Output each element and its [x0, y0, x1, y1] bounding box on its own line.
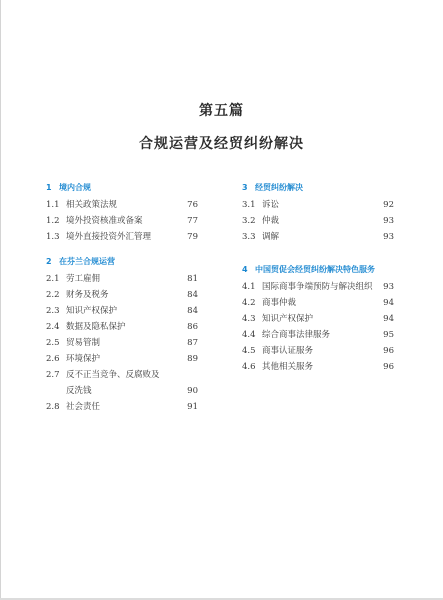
entry-page: 93 [383, 213, 394, 229]
section-heading[interactable]: 2在芬兰合规运营 [46, 254, 198, 270]
toc-entry[interactable]: 3.1诉讼92 [242, 197, 394, 213]
entry-page: 79 [187, 229, 198, 245]
entry-label: 相关政策法规 [66, 197, 117, 213]
entry-label: 社会责任 [66, 399, 100, 415]
entry-page: 84 [187, 287, 198, 303]
entry-label: 综合商事法律服务 [262, 327, 330, 343]
entry-code: 4.2 [242, 295, 262, 311]
entry-label: 知识产权保护 [262, 311, 313, 327]
entry-page: 86 [187, 319, 198, 335]
entry-code: 2.6 [46, 351, 66, 367]
entry-label: 境外投资核准或备案 [66, 213, 143, 229]
entry-code: 1.1 [46, 197, 66, 213]
entry-label: 国际商事争端预防与解决组织 [262, 279, 373, 295]
toc-entry[interactable]: 4.5商事认证服务96 [242, 343, 394, 359]
entry-label: 知识产权保护 [66, 303, 117, 319]
entry-label: 贸易管制 [66, 335, 100, 351]
entry-page: 93 [383, 279, 394, 295]
entry-label: 诉讼 [262, 197, 279, 213]
section-number: 4 [242, 262, 255, 278]
section-heading[interactable]: 3经贸纠纷解决 [242, 180, 394, 196]
toc-left-column: 1境内合规 1.1相关政策法规76 1.2境外投资核准或备案77 1.3境外直接… [46, 0, 198, 600]
entry-code: 2.3 [46, 303, 66, 319]
entry-code: 3.1 [242, 197, 262, 213]
entry-page: 96 [383, 359, 394, 375]
toc-right-column: 3经贸纠纷解决 3.1诉讼92 3.2仲裁93 3.3调解93 4中国贸促会经贸… [242, 0, 394, 600]
toc-entry[interactable]: 1.3境外直接投资外汇管理79 [46, 229, 198, 245]
toc-entry[interactable]: 2.1劳工雇佣81 [46, 271, 198, 287]
entry-label: 财务及税务 [66, 287, 109, 303]
toc-entry[interactable]: 4.4综合商事法律服务95 [242, 327, 394, 343]
toc-section-3: 3经贸纠纷解决 3.1诉讼92 3.2仲裁93 3.3调解93 [242, 180, 394, 245]
toc-entry[interactable]: 2.2财务及税务84 [46, 287, 198, 303]
entry-label: 境外直接投资外汇管理 [66, 229, 151, 245]
entry-label: 商事仲裁 [262, 295, 296, 311]
entry-label: 反不正当竞争、反腐败及 [66, 367, 160, 383]
entry-code: 2.1 [46, 271, 66, 287]
entry-code: 2.7 [46, 367, 66, 383]
toc-entry[interactable]: 2.3知识产权保护84 [46, 303, 198, 319]
entry-label: 商事认证服务 [262, 343, 313, 359]
toc-entry[interactable]: 1.1相关政策法规76 [46, 197, 198, 213]
section-title: 中国贸促会经贸纠纷解决特色服务 [255, 265, 375, 274]
entry-page: 77 [187, 213, 198, 229]
toc-section-1: 1境内合规 1.1相关政策法规76 1.2境外投资核准或备案77 1.3境外直接… [46, 180, 198, 245]
entry-page: 92 [383, 197, 394, 213]
toc-section-4: 4中国贸促会经贸纠纷解决特色服务 4.1国际商事争端预防与解决组织93 4.2商… [242, 262, 394, 375]
entry-code: 2.2 [46, 287, 66, 303]
entry-code: 1.3 [46, 229, 66, 245]
entry-code: 3.3 [242, 229, 262, 245]
toc-entry[interactable]: 1.2境外投资核准或备案77 [46, 213, 198, 229]
section-number: 1 [46, 180, 59, 196]
entry-label-continuation: 反洗钱 [46, 383, 92, 399]
section-title: 境内合规 [59, 183, 91, 192]
entry-code: 4.6 [242, 359, 262, 375]
toc-entry[interactable]: 4.1国际商事争端预防与解决组织93 [242, 279, 394, 295]
entry-page: 94 [383, 295, 394, 311]
entry-code: 2.4 [46, 319, 66, 335]
entry-page: 95 [383, 327, 394, 343]
toc-entry[interactable]: 2.4数据及隐私保护86 [46, 319, 198, 335]
entry-page: 89 [187, 351, 198, 367]
entry-code: 4.4 [242, 327, 262, 343]
toc-entry[interactable]: 3.3调解93 [242, 229, 394, 245]
toc-section-2: 2在芬兰合规运营 2.1劳工雇佣81 2.2财务及税务84 2.3知识产权保护8… [46, 254, 198, 415]
toc-entry-continuation[interactable]: 反洗钱90 [46, 383, 198, 399]
entry-label: 环境保护 [66, 351, 100, 367]
entry-label: 劳工雇佣 [66, 271, 100, 287]
entry-page: 87 [187, 335, 198, 351]
entry-page: 90 [187, 383, 198, 399]
entry-code: 4.1 [242, 279, 262, 295]
entry-label: 数据及隐私保护 [66, 319, 126, 335]
toc-entry[interactable]: 4.3知识产权保护94 [242, 311, 394, 327]
page-border-left [0, 0, 1, 600]
entry-page: 76 [187, 197, 198, 213]
toc-entry[interactable]: 4.6其他相关服务96 [242, 359, 394, 375]
toc-entry[interactable]: 4.2商事仲裁94 [242, 295, 394, 311]
entry-page: 91 [187, 399, 198, 415]
section-number: 3 [242, 180, 255, 196]
toc-entry[interactable]: 2.7反不正当竞争、反腐败及 [46, 367, 198, 383]
section-title: 经贸纠纷解决 [255, 183, 303, 192]
entry-label: 其他相关服务 [262, 359, 313, 375]
toc-entry[interactable]: 2.6环境保护89 [46, 351, 198, 367]
entry-page: 81 [187, 271, 198, 287]
toc-entry[interactable]: 3.2仲裁93 [242, 213, 394, 229]
entry-code: 3.2 [242, 213, 262, 229]
entry-code: 2.8 [46, 399, 66, 415]
entry-code: 2.5 [46, 335, 66, 351]
entry-label: 仲裁 [262, 213, 279, 229]
section-number: 2 [46, 254, 59, 270]
entry-page: 96 [383, 343, 394, 359]
entry-code: 4.5 [242, 343, 262, 359]
section-title: 在芬兰合规运营 [59, 257, 115, 266]
entry-page: 84 [187, 303, 198, 319]
section-heading[interactable]: 1境内合规 [46, 180, 198, 196]
entry-label: 调解 [262, 229, 279, 245]
section-heading[interactable]: 4中国贸促会经贸纠纷解决特色服务 [242, 262, 394, 278]
entry-page: 94 [383, 311, 394, 327]
entry-code: 4.3 [242, 311, 262, 327]
toc-entry[interactable]: 2.5贸易管制87 [46, 335, 198, 351]
entry-code: 1.2 [46, 213, 66, 229]
entry-page: 93 [383, 229, 394, 245]
toc-entry[interactable]: 2.8社会责任91 [46, 399, 198, 415]
